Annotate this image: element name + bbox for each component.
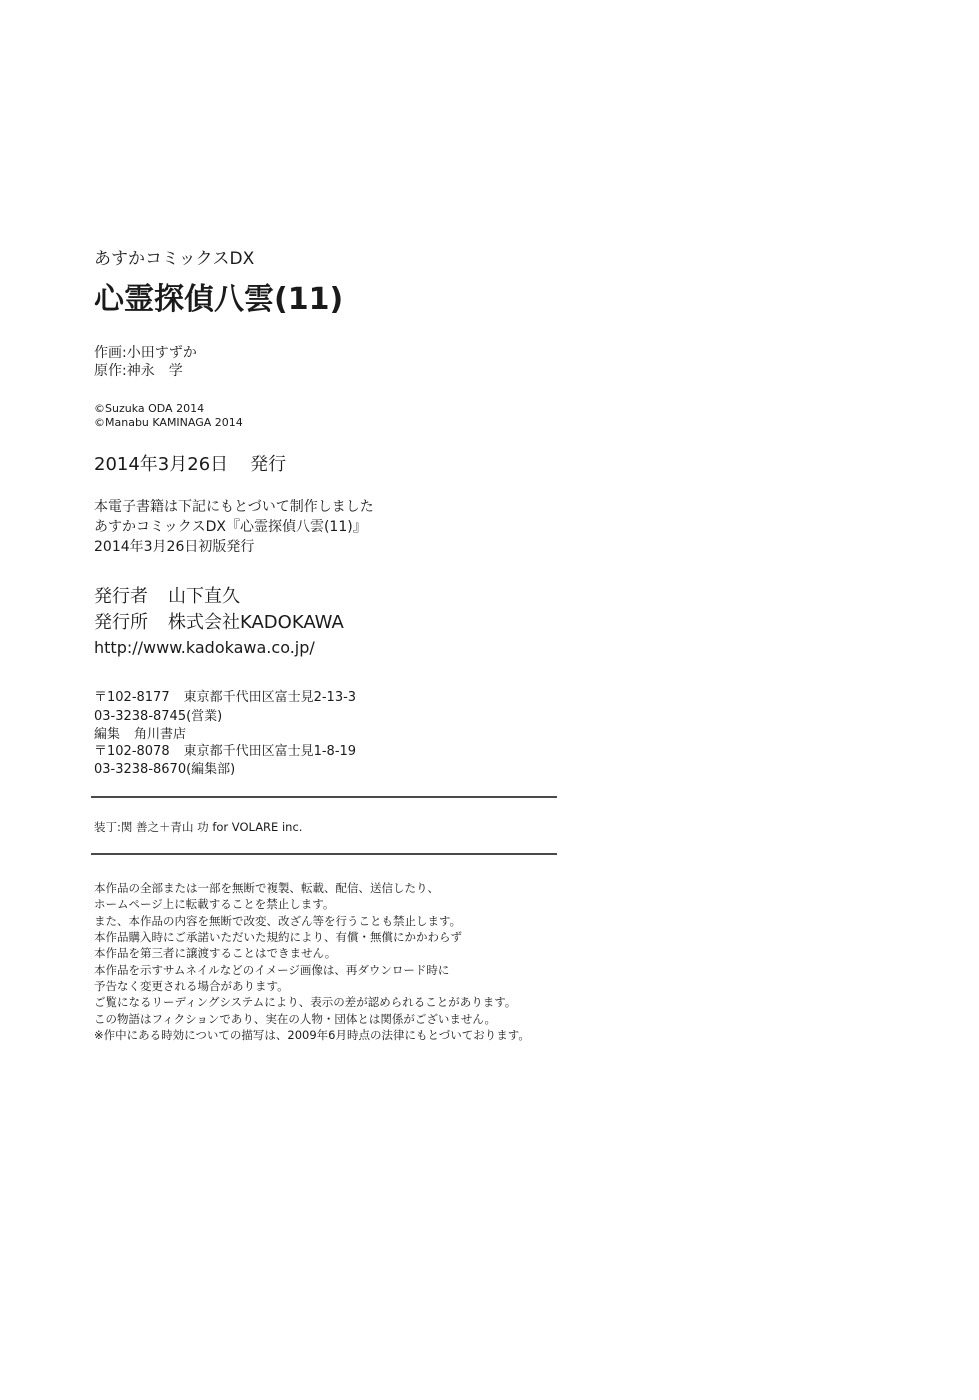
legal-line: 予告なく変更される場合があります。	[94, 978, 289, 994]
postal-code: 〒102-8177	[94, 690, 170, 705]
phone-line: 03-3238-8745(営業)	[94, 708, 222, 725]
issue-date-line: 2014年3月26日発行	[94, 450, 286, 476]
publisher-name: 山下直久	[168, 586, 240, 607]
address-location: 東京都千代田区富士見1-8-19	[184, 744, 356, 759]
copyright-line: ©Manabu KAMINAGA 2014	[94, 416, 243, 430]
legal-line: ※作中にある時効についての描写は、2009年6月時点の法律にもとづいております。	[94, 1027, 530, 1043]
copyright-line: ©Suzuka ODA 2014	[94, 402, 204, 416]
divider	[91, 853, 557, 855]
legal-line: ホームページ上に転載することを禁止します。	[94, 896, 334, 912]
publisher-url[interactable]: http://www.kadokawa.co.jp/	[94, 638, 315, 657]
publishing-house-name: 株式会社KADOKAWA	[168, 612, 344, 633]
credit-artist: 作画:小田すずか	[94, 344, 197, 362]
address-location: 東京都千代田区富士見2-13-3	[184, 690, 356, 705]
credit-name: 神永 学	[127, 363, 183, 379]
issue-label: 発行	[250, 454, 286, 475]
source-note-line: 2014年3月26日初版発行	[94, 538, 254, 556]
divider	[91, 796, 557, 798]
publisher-label: 発行者	[94, 586, 148, 607]
credit-name: 小田すずか	[127, 345, 197, 361]
credit-author: 原作:神永 学	[94, 362, 183, 380]
book-title: 心霊探偵八雲(11)	[94, 274, 343, 318]
legal-line: 本作品の全部または一部を無断で複製、転載、配信、送信したり、	[94, 880, 439, 896]
credit-role: 作画	[94, 345, 122, 361]
editor-line: 編集角川書店	[94, 726, 186, 743]
publishing-house-label: 発行所	[94, 612, 148, 633]
legal-line: また、本作品の内容を無断で改変、改ざん等を行うことも禁止します。	[94, 913, 461, 929]
publisher-line: 発行者山下直久	[94, 584, 240, 610]
source-note-line: あすかコミックスDX『心霊探偵八雲(11)』	[94, 518, 367, 536]
series-name: あすかコミックスDX	[94, 244, 254, 269]
legal-line: 本作品購入時にご承諾いただいた規約により、有償・無償にかかわらず	[94, 929, 462, 945]
address-line: 〒102-8177東京都千代田区富士見2-13-3	[94, 689, 356, 706]
source-note-line: 本電子書籍は下記にもとづいて制作しました	[94, 498, 374, 516]
legal-line: 本作品を示すサムネイルなどのイメージ画像は、再ダウンロード時に	[94, 962, 449, 978]
credit-role: 原作	[94, 363, 122, 379]
legal-line: この物語はフィクションであり、実在の人物・団体とは関係がございません。	[94, 1011, 496, 1027]
design-credit: 装丁:関 善之＋青山 功 for VOLARE inc.	[94, 819, 302, 835]
editor-name: 角川書店	[134, 727, 186, 742]
legal-line: 本作品を第三者に譲渡することはできません。	[94, 945, 336, 961]
editor-label: 編集	[94, 727, 120, 742]
legal-line: ご覧になるリーディングシステムにより、表示の差が認められることがあります。	[94, 994, 516, 1010]
issue-date: 2014年3月26日	[94, 454, 228, 475]
address-line: 〒102-8078東京都千代田区富士見1-8-19	[94, 743, 356, 760]
publishing-house-line: 発行所株式会社KADOKAWA	[94, 610, 344, 636]
phone-line: 03-3238-8670(編集部)	[94, 761, 235, 778]
postal-code: 〒102-8078	[94, 744, 170, 759]
